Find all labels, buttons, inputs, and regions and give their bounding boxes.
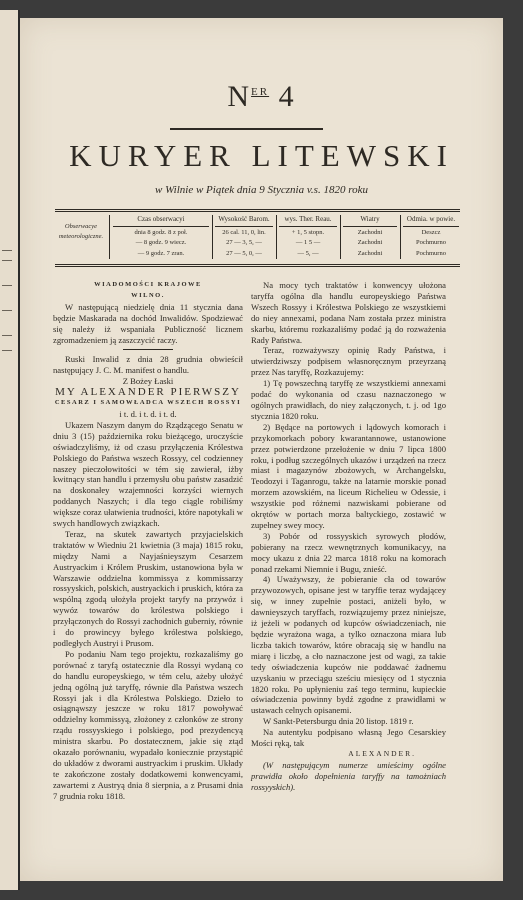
- etc-line: i t. d. i t. d. i t. d.: [53, 409, 243, 420]
- paragraph: Ukazem Naszym danym do Rządzącego Senatu…: [53, 420, 243, 529]
- signature: ALEXANDER.: [251, 749, 446, 760]
- emperor-title: MY ALEXANDER PIERWSZY: [53, 387, 243, 398]
- paragraph: Po podaniu Nam tego projektu, rozkazaliś…: [53, 649, 243, 802]
- paragraph: Na autentyku podpisano własną Jego Cesar…: [251, 727, 446, 749]
- right-column: Na mocy tych traktatów i konwencyy ułożo…: [251, 280, 446, 793]
- paragraph: W następującą niedzielę dnia 11 stycznia…: [53, 302, 243, 346]
- section-title: WIADOMOŚCI KRAJOWE: [53, 280, 243, 291]
- weather-sky: Odmia. w powie. DeszczPochmurnoPochmurno: [403, 214, 459, 260]
- masthead-title: KURYER LITEWSKI: [20, 138, 503, 174]
- paragraph: Na mocy tych traktatów i konwencyy ułożo…: [251, 280, 446, 345]
- issue-number: NER 4: [20, 80, 503, 114]
- emperor-subtitle: CESARZ I SAMOWŁADCA WSZECH ROSSYI: [53, 398, 243, 409]
- weather-thermometer: wys. Ther. Reau. + 1, 5 stopn.— 1 5 —— 5…: [279, 214, 337, 260]
- adjacent-page-edge: [0, 10, 20, 890]
- weather-label: Obserwacye meteorologiczne.: [57, 214, 105, 268]
- weather-time: Czas obserwacyi dnia 8 godz. 8 z poł.— 8…: [113, 214, 209, 260]
- paragraph: 2) Będące na portowych i lądowych komora…: [251, 422, 446, 531]
- paragraph: 1) Tę powszechną taryffę ze wszystkiemi …: [251, 378, 446, 422]
- paragraph: 4) Uważywszy, że pobieranie cła od towar…: [251, 574, 446, 716]
- weather-winds: Wiatry ZachodniZachodniZachodni: [343, 214, 397, 260]
- weather-table: Obserwacye meteorologiczne. Czas obserwa…: [55, 209, 460, 267]
- divider: [123, 349, 173, 350]
- city-heading: WILNO.: [53, 291, 243, 302]
- dateline: w Wilnie w Piątek dnia 9 Stycznia v.s. 1…: [20, 184, 503, 196]
- paragraph: Teraz, rozważywszy opinię Rady Państwa, …: [251, 345, 446, 378]
- paragraph: Ruski Inwalid z dnia 28 grudnia obwieści…: [53, 354, 243, 376]
- place-date: W Sankt-Petersburgu dnia 20 listop. 1819…: [251, 716, 446, 727]
- masthead-rule: [170, 128, 323, 130]
- weather-barometer: Wysokość Barom. 26 cal. 11, 0, lin.27 — …: [215, 214, 273, 260]
- newspaper-page: NER 4 KURYER LITEWSKI w Wilnie w Piątek …: [20, 18, 503, 881]
- paragraph: 3) Pobór od rossyyskich syrowych płodów,…: [251, 531, 446, 575]
- left-column: WIADOMOŚCI KRAJOWE WILNO. W następującą …: [53, 280, 243, 802]
- paragraph: Teraz, na skutek zawartych przyjacielski…: [53, 529, 243, 649]
- editorial-note: (W następującym numerze umieścimy ogólne…: [251, 760, 446, 793]
